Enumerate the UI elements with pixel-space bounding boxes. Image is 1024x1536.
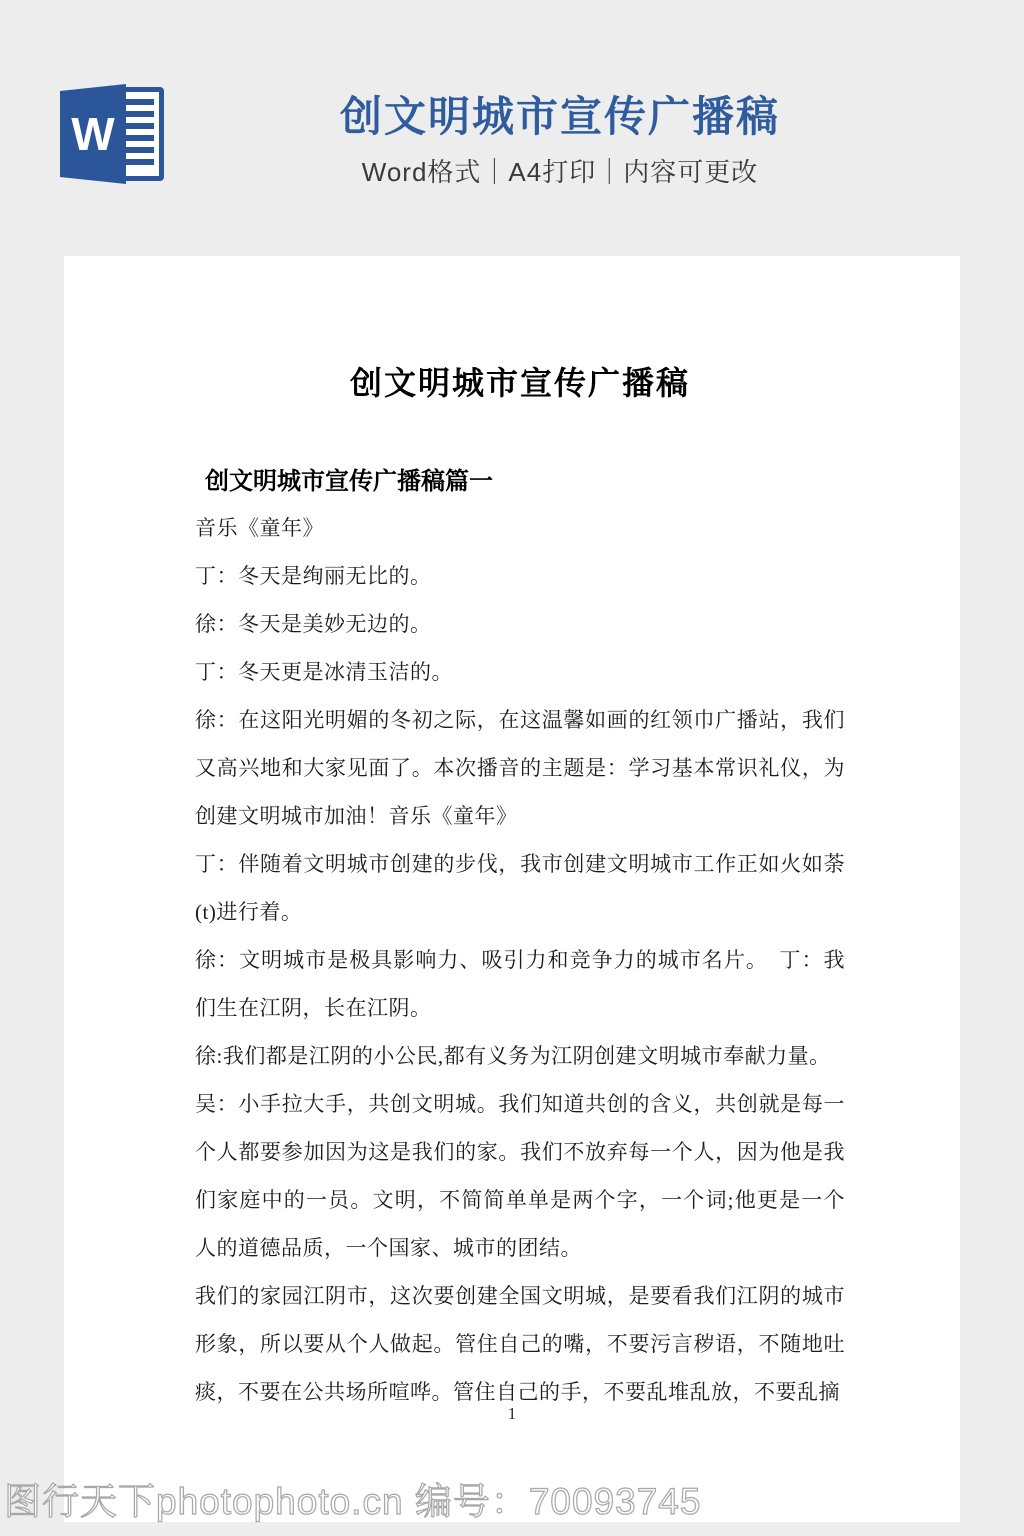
document-title: 创文明城市宣传广播稿 [195, 256, 845, 404]
paragraph: 音乐《童年》 [195, 504, 845, 552]
paragraph: 我们的家园江阴市，这次要创建全国文明城，是要看我们江阴的城市形象，所以要从个人做… [195, 1272, 845, 1416]
paragraph-list: 音乐《童年》丁：冬天是绚丽无比的。徐：冬天是美妙无边的。丁：冬天更是冰清玉洁的。… [195, 504, 845, 1416]
template-subtitle: Word格式｜A4打印｜内容可更改 [96, 157, 1024, 187]
paragraph: 丁：冬天更是冰清玉洁的。 [195, 648, 845, 696]
paragraph: 徐：冬天是美妙无边的。 [195, 600, 845, 648]
site-watermark: 图行天下photophoto.cn 编号：70093745 [4, 1482, 1024, 1522]
document-content: 创文明城市宣传广播稿 创文明城市宣传广播稿篇一 音乐《童年》丁：冬天是绚丽无比的… [195, 256, 845, 1416]
document-page: 创文明城市宣传广播稿 创文明城市宣传广播稿篇一 音乐《童年》丁：冬天是绚丽无比的… [64, 256, 960, 1522]
paragraph: 徐：文明城市是极具影响力、吸引力和竞争力的城市名片。 丁：我们生在江阴，长在江阴… [195, 936, 845, 1032]
section-heading: 创文明城市宣传广播稿篇一 [195, 466, 845, 498]
paragraph: 徐:我们都是江阴的小公民,都有义务为江阴创建文明城市奉献力量。 [195, 1032, 845, 1080]
preview-header: W 创文明城市宣传广播稿 Word格式｜A4打印｜内容可更改 [0, 0, 1024, 256]
paragraph: 徐：在这阳光明媚的冬初之际，在这温馨如画的红领巾广播站，我们又高兴地和大家见面了… [195, 696, 845, 840]
paragraph: 吴：小手拉大手，共创文明城。我们知道共创的含义，共创就是每一个人都要参加因为这是… [195, 1080, 845, 1272]
template-title: 创文明城市宣传广播稿 [96, 92, 1024, 142]
paragraph: 丁：伴随着文明城市创建的步伐，我市创建文明城市工作正如火如荼(t)进行着。 [195, 840, 845, 936]
header-text-block: 创文明城市宣传广播稿 Word格式｜A4打印｜内容可更改 [96, 92, 1024, 187]
page-number: 1 [64, 1404, 960, 1424]
paragraph: 丁：冬天是绚丽无比的。 [195, 552, 845, 600]
